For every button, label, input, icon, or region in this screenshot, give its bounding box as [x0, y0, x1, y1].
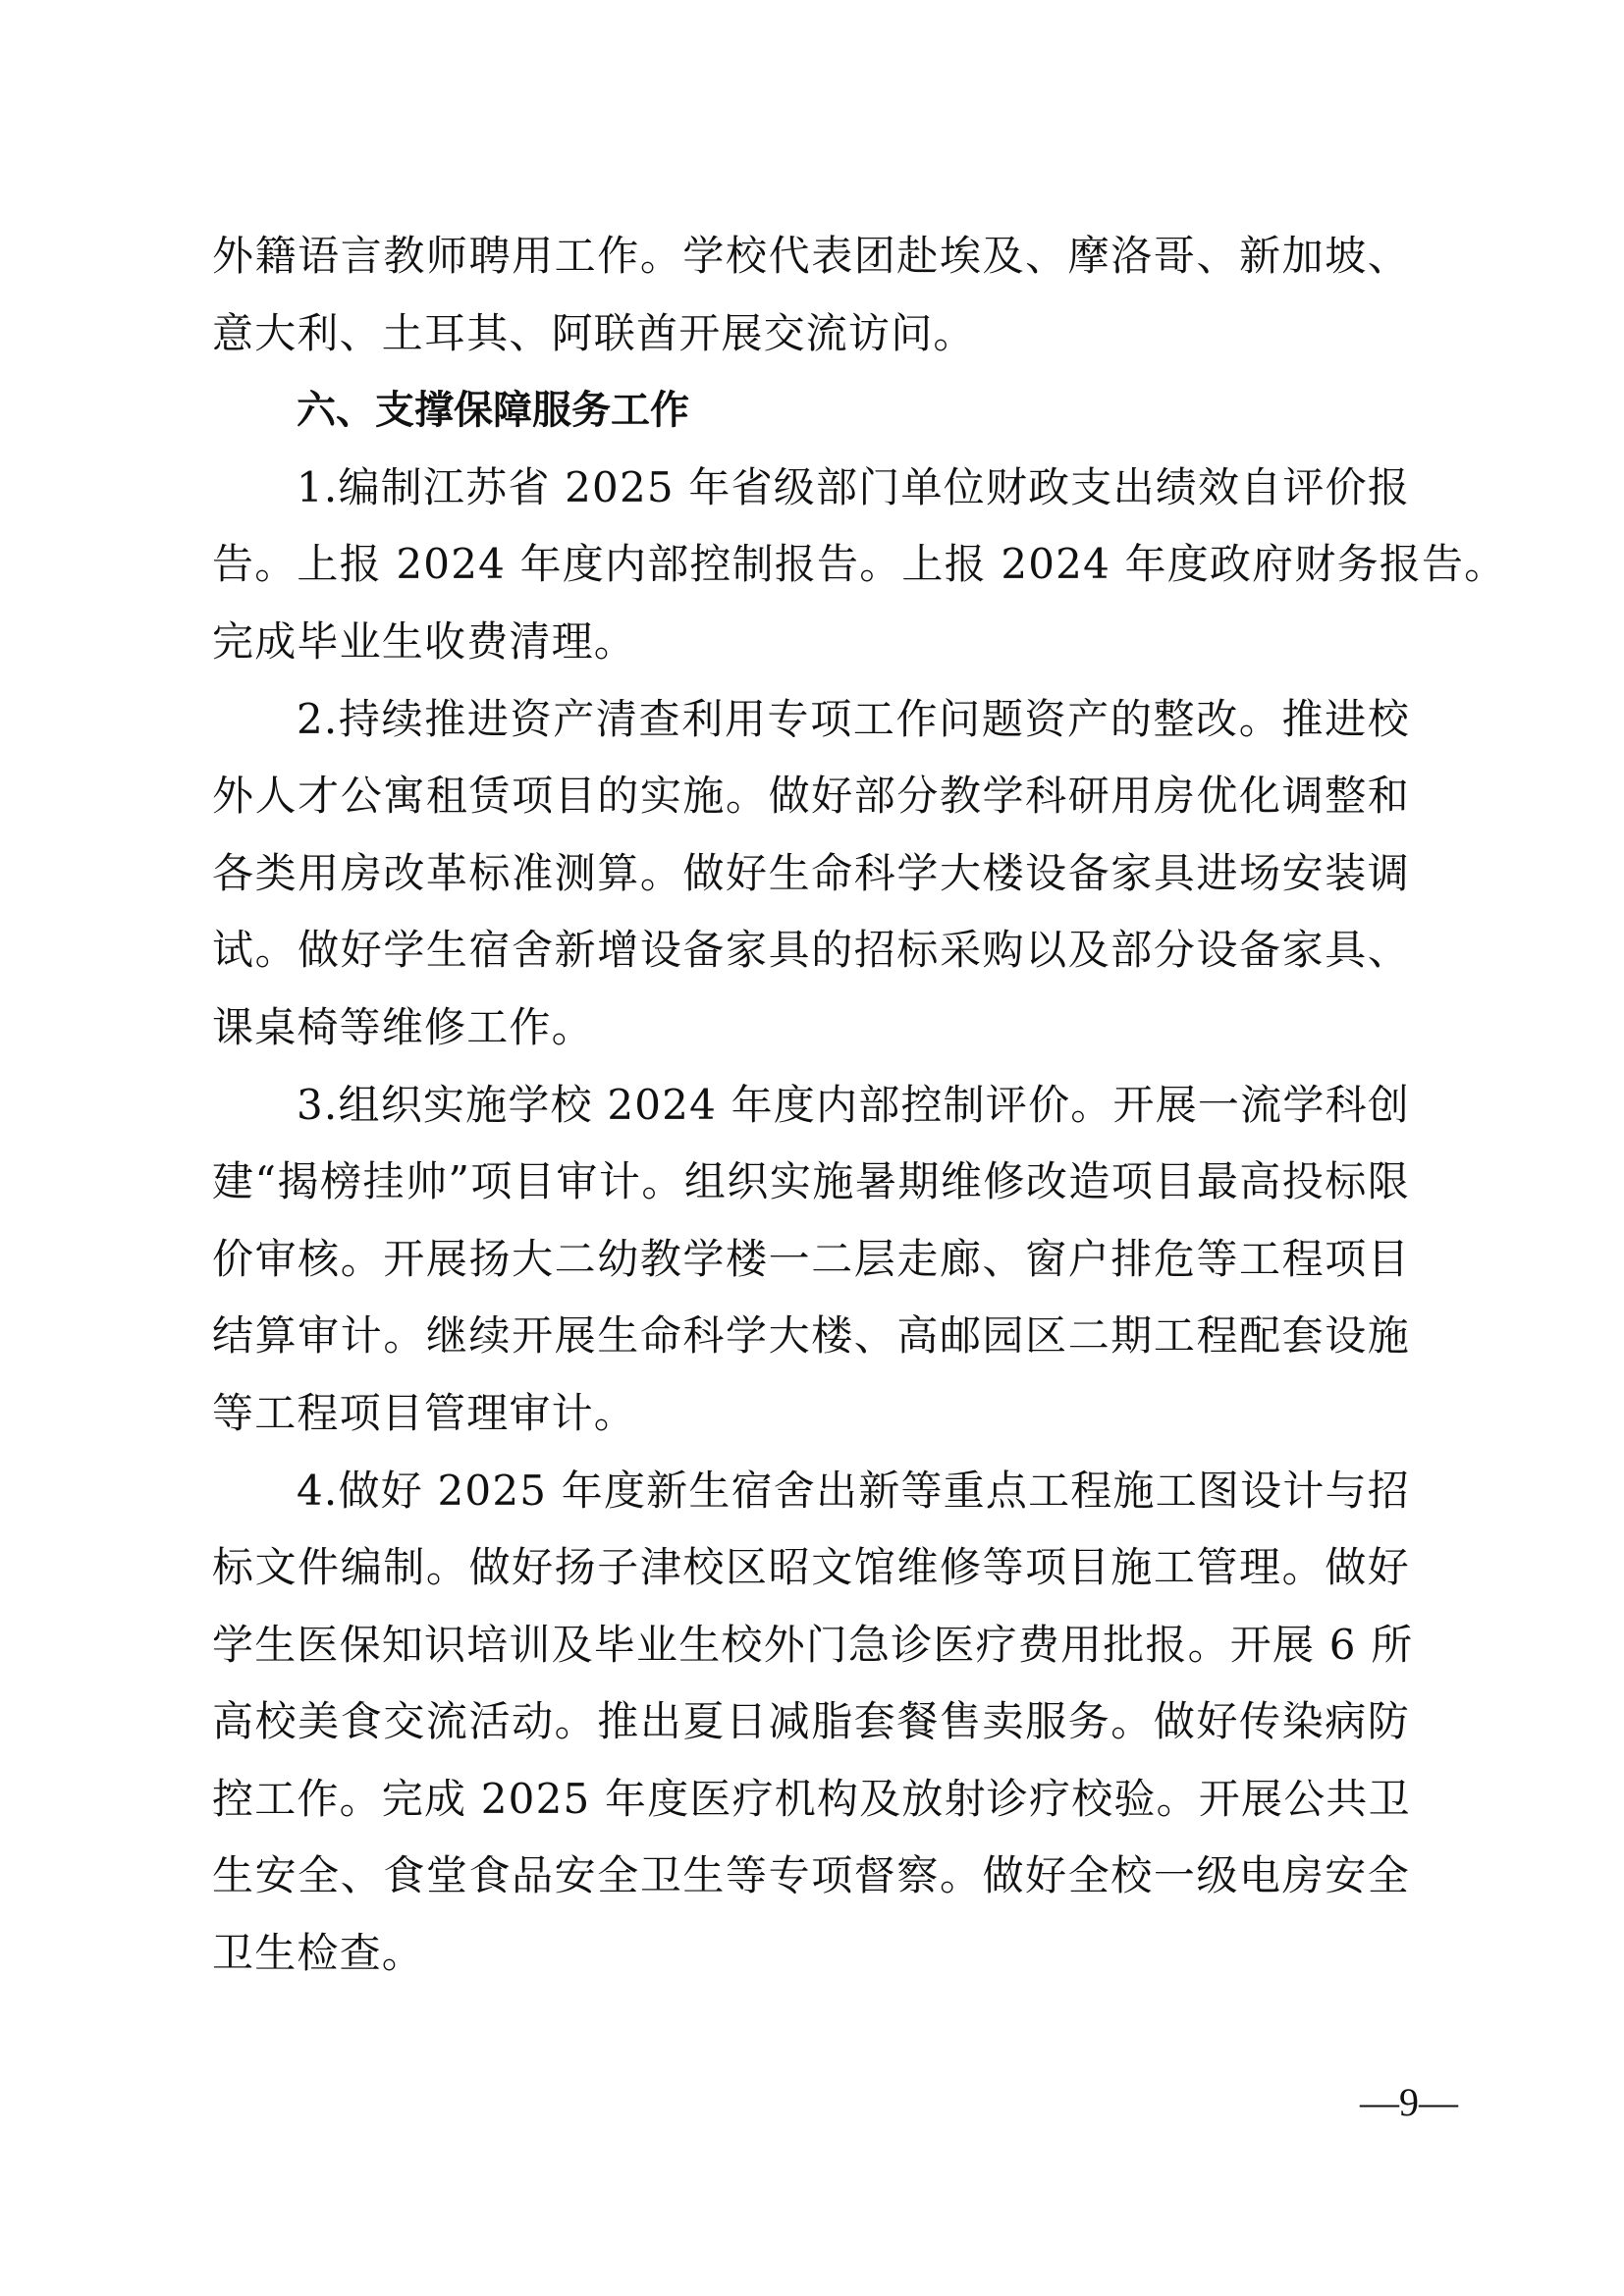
paragraph-line: 高校美食交流活动。推出夏日减脂套餐售卖服务。做好传染病防 — [212, 1683, 1410, 1761]
paragraph-line: 卫生检查。 — [212, 1915, 1410, 1993]
paragraph-line: 建“揭榜挂帅”项目审计。组织实施暑期维修改造项目最高投标限 — [212, 1144, 1410, 1221]
paragraph-line: 告。上报 2024 年度内部控制报告。上报 2024 年度政府财务报告。 — [212, 526, 1410, 604]
paragraph-line: 生安全、食堂食品安全卫生等专项督察。做好全校一级电房安全 — [212, 1838, 1410, 1915]
paragraph-line: 外人才公寓租赁项目的实施。做好部分教学科研用房优化调整和 — [212, 758, 1410, 835]
document-page: 外籍语言教师聘用工作。学校代表团赴埃及、摩洛哥、新加坡、 意大利、土耳其、阿联酋… — [0, 0, 1624, 2296]
paragraph-line: 完成毕业生收费清理。 — [212, 604, 1410, 681]
paragraph-line: 试。做好学生宿舍新增设备家具的招标采购以及部分设备家具、 — [212, 912, 1410, 989]
paragraph-line: 结算审计。继续开展生命科学大楼、高邮园区二期工程配套设施 — [212, 1298, 1410, 1375]
document-body: 外籍语言教师聘用工作。学校代表团赴埃及、摩洛哥、新加坡、 意大利、土耳其、阿联酋… — [212, 218, 1410, 1993]
paragraph-line: 各类用房改革标准测算。做好生命科学大楼设备家具进场安装调 — [212, 835, 1410, 913]
paragraph-line: 3.组织实施学校 2024 年度内部控制评价。开展一流学科创 — [212, 1067, 1410, 1145]
section-heading: 六、支撑保障服务工作 — [212, 372, 1410, 450]
paragraph-line: 2.持续推进资产清查利用专项工作问题资产的整改。推进校 — [212, 681, 1410, 759]
paragraph-line: 价审核。开展扬大二幼教学楼一二层走廊、窗户排危等工程项目 — [212, 1221, 1410, 1299]
paragraph-line: 等工程项目管理审计。 — [212, 1375, 1410, 1453]
paragraph-line: 1.编制江苏省 2025 年省级部门单位财政支出绩效自评价报 — [212, 450, 1410, 527]
paragraph-line: 4.做好 2025 年度新生宿舍出新等重点工程施工图设计与招 — [212, 1453, 1410, 1530]
paragraph-line: 标文件编制。做好扬子津校区昭文馆维修等项目施工管理。做好 — [212, 1529, 1410, 1607]
page-number: —9— — [1360, 2079, 1458, 2125]
paragraph-line: 意大利、土耳其、阿联酋开展交流访问。 — [212, 295, 1410, 373]
paragraph-line: 学生医保知识培训及毕业生校外门急诊医疗费用批报。开展 6 所 — [212, 1607, 1410, 1684]
paragraph-line: 课桌椅等维修工作。 — [212, 989, 1410, 1067]
paragraph-line: 控工作。完成 2025 年度医疗机构及放射诊疗校验。开展公共卫 — [212, 1761, 1410, 1839]
paragraph-line: 外籍语言教师聘用工作。学校代表团赴埃及、摩洛哥、新加坡、 — [212, 218, 1410, 295]
